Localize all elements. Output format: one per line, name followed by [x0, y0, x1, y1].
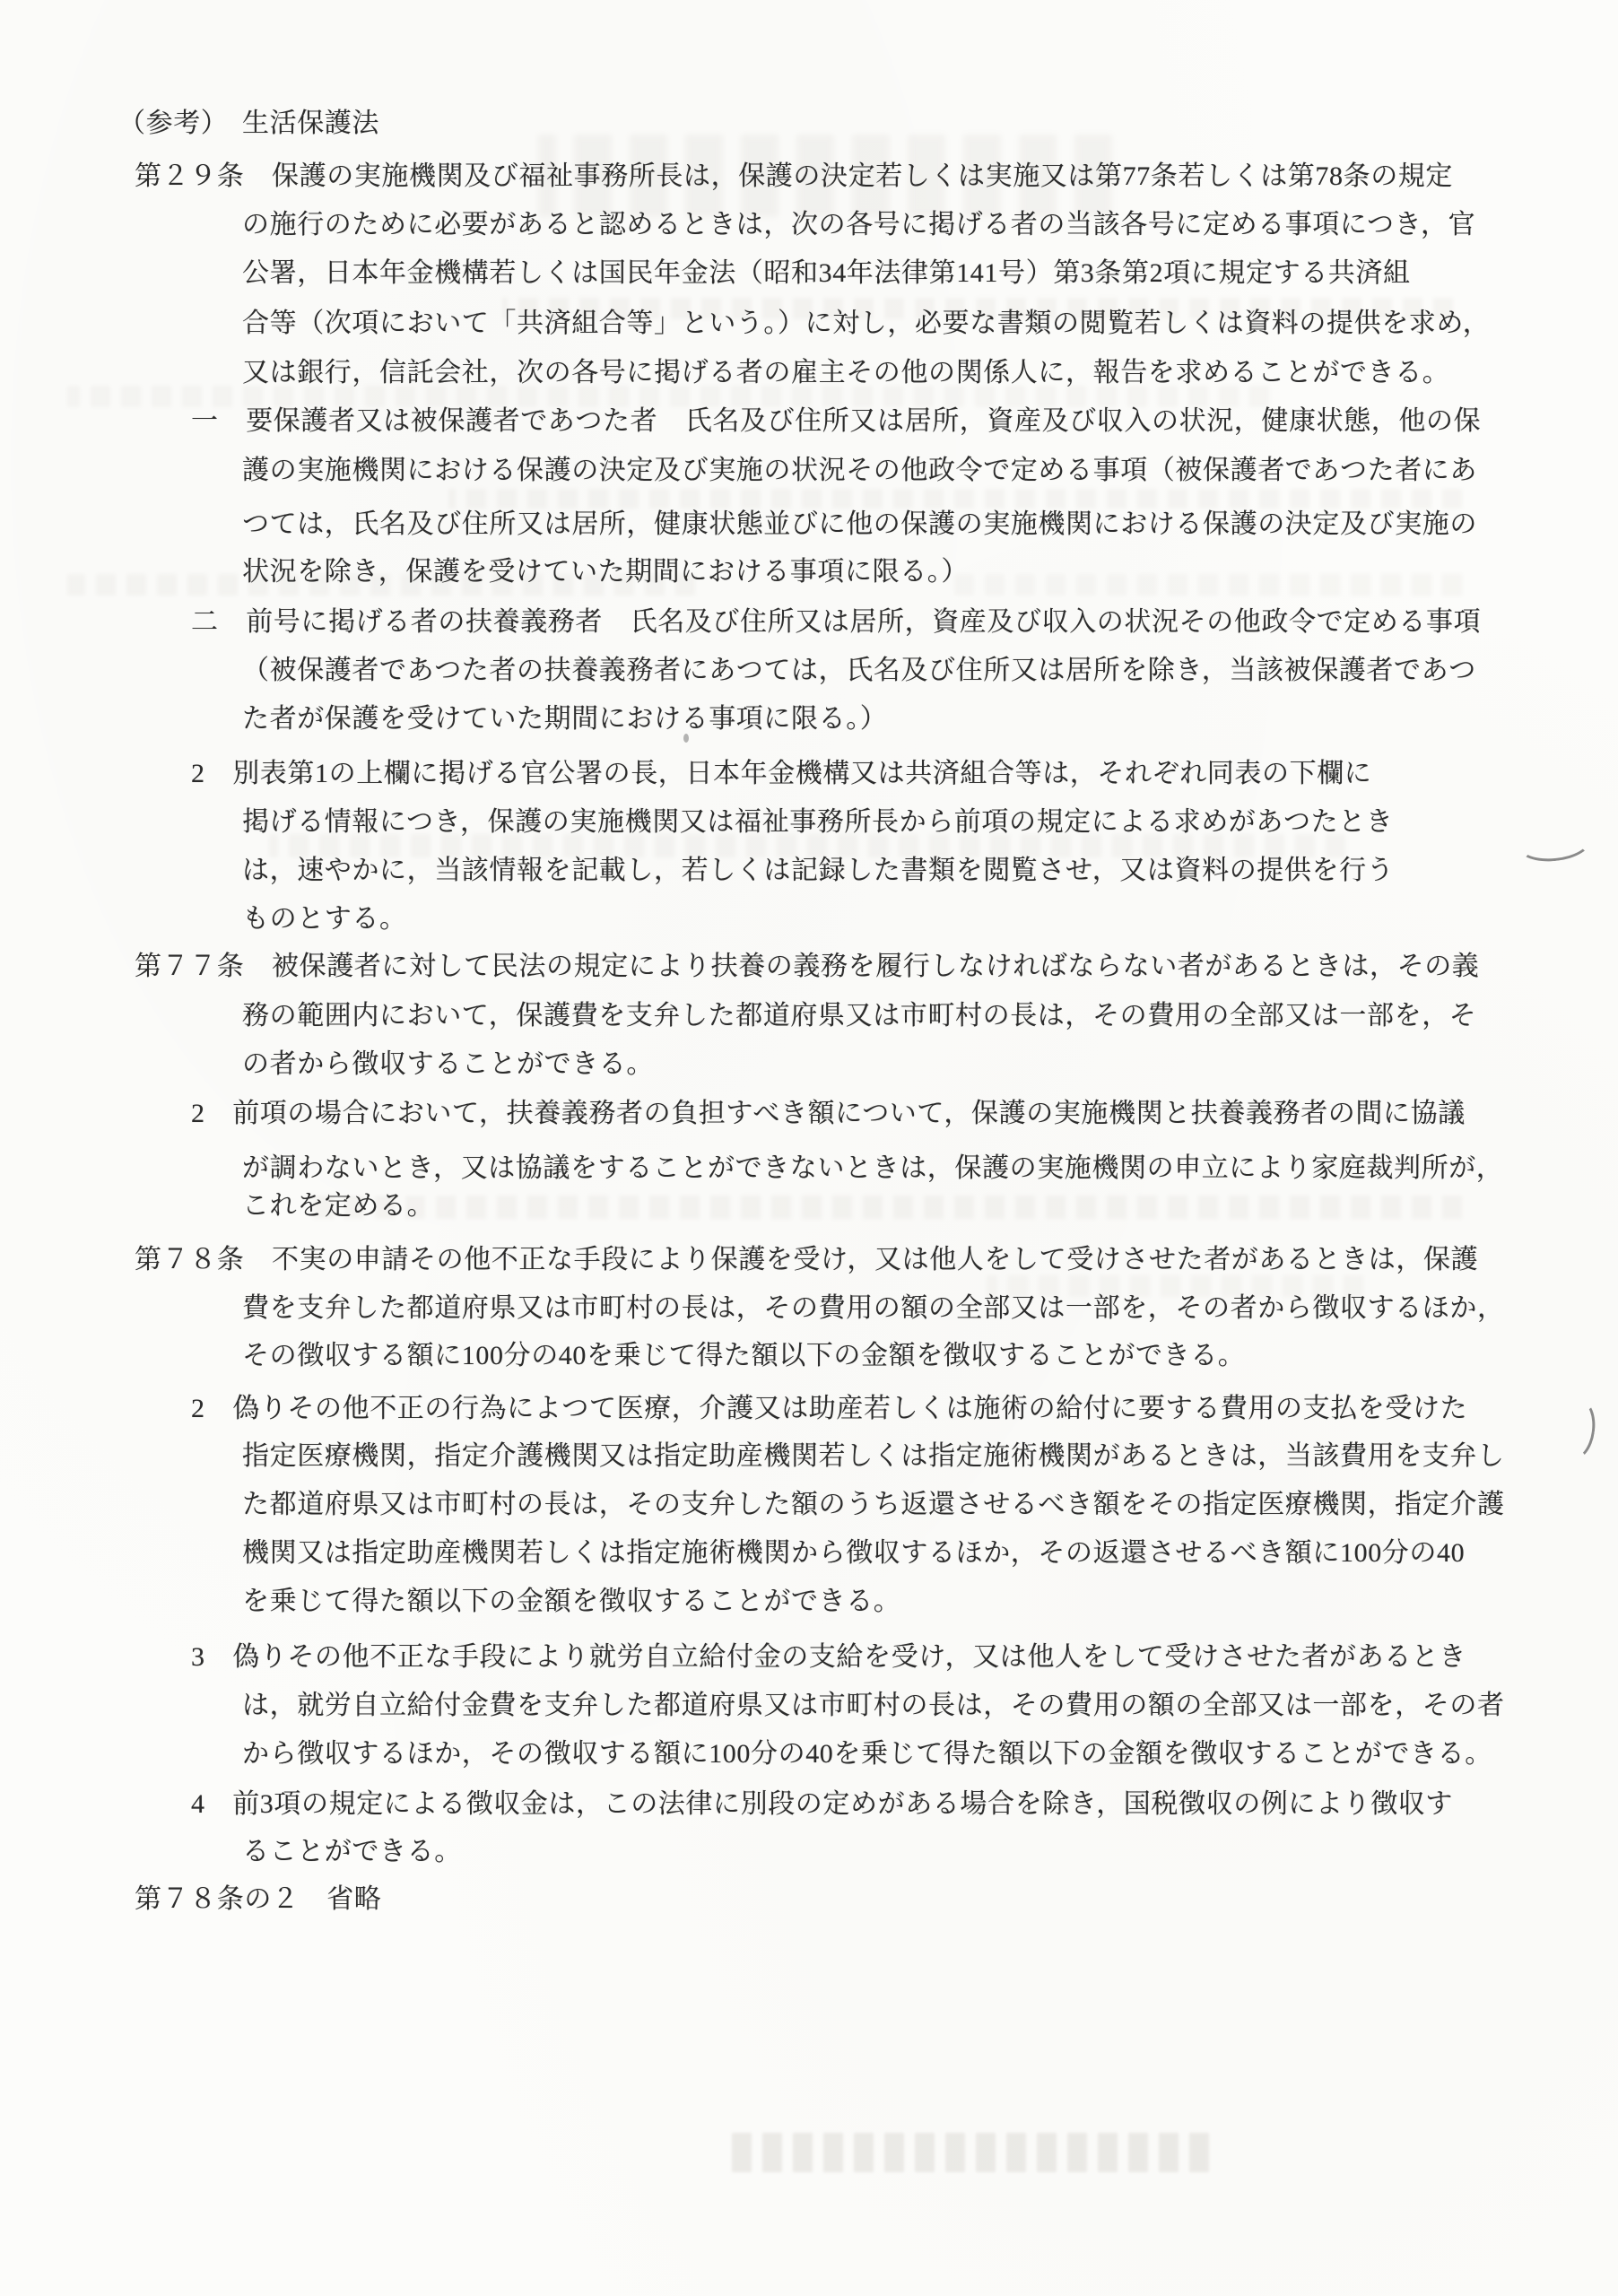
document-line: 2 別表第1の上欄に掲げる官公署の長，日本年金機構又は共済組合等は，それぞれ同表… [191, 756, 1371, 792]
document-line: 二 前号に掲げる者の扶養義務者 氏名及び住所又は居所，資産及び収入の状況その他政… [191, 604, 1481, 640]
document-line: 2 前項の場合において，扶養義務者の負担すべき額について，保護の実施機関と扶養義… [191, 1096, 1466, 1132]
document-line: （被保護者であつた者の扶養義務者にあつては，氏名及び住所又は居所を除き，当該被保… [242, 653, 1476, 689]
scan-mark [1554, 1397, 1598, 1463]
document-line: の施行のために必要があると認めるときは，次の各号に掲げる者の当該各号に定める事項… [242, 207, 1475, 243]
document-line: 第７８条 不実の申請その他不正な手段により保護を受け，又は他人をして受けさせた者… [135, 1242, 1478, 1278]
document-line: 2 偽りその他不正の行為によつて医療，介護又は助産若しくは施術の給付に要する費用… [191, 1391, 1467, 1427]
document-line: た都道府県又は市町村の長は，その支弁した額のうち返還させるべき額をその指定医療機… [242, 1487, 1505, 1523]
bleed-through-artifact [725, 2133, 1209, 2172]
document-line: これを定める。 [242, 1188, 434, 1224]
document-line: 状況を除き，保護を受けていた期間における事項に限る。） [242, 554, 969, 590]
document-line: 3 偽りその他不正な手段により就労自立給付金の支給を受け，又は他人をして受けさせ… [191, 1639, 1466, 1675]
document-line: （参考） 生活保護法 [118, 106, 379, 142]
document-line: は，速やかに，当該情報を記載し，若しくは記録した書類を閲覧させ，又は資料の提供を… [242, 853, 1394, 889]
document-line: た者が保護を受けていた期間における事項に限る。） [242, 701, 887, 737]
document-line: 4 前3項の規定による徴収金は，この法律に別段の定めがある場合を除き，国税徴収の… [191, 1787, 1453, 1822]
document-line: 公署，日本年金機構若しくは国民年金法（昭和34年法律第141号）第3条第2項に規… [242, 256, 1411, 291]
document-line: は，就労自立給付金費を支弁した都道府県又は市町村の長は，その費用の額の全部又は一… [242, 1688, 1505, 1724]
document-line: 機関又は指定助産機関若しくは指定施術機関から徴収するほか，その返還させるべき額に… [242, 1535, 1465, 1571]
document-line: 第２９条 保護の実施機関及び福祉事務所長は，保護の決定若しくは実施又は第77条若… [135, 159, 1453, 195]
document-line: 合等（次項において「共済組合等」という。）に対し，必要な書類の閲覧若しくは資料の… [242, 306, 1490, 342]
document-line: の者から徴収することができる。 [242, 1047, 654, 1083]
document-line: 護の実施機関における保護の決定及び実施の状況その他政令で定める事項（被保護者であ… [242, 453, 1477, 489]
document-line: 指定医療機関，指定介護機関又は指定助産機関若しくは指定施術機関があるときは，当該… [242, 1439, 1505, 1474]
bleed-through-artifact [448, 489, 1462, 509]
document-line: 第７７条 被保護者に対して民法の規定により扶養の義務を履行しなければならない者が… [135, 949, 1479, 985]
document-line: 費を支弁した都道府県又は市町村の長は，その費用の額の全部又は一部を，その者から徴… [242, 1291, 1505, 1326]
document-line: 又は銀行，信託会社，次の各号に掲げる者の雇主その他の関係人に，報告を求めることが… [242, 355, 1449, 391]
document-line: 一 要保護者又は被保護者であつた者 氏名及び住所又は居所，資産及び収入の状況，健… [191, 404, 1481, 439]
document-line: を乗じて得た額以下の金額を徴収することができる。 [242, 1584, 900, 1620]
scanned-document-page: （参考） 生活保護法 第２９条 保護の実施機関及び福祉事務所長は，保護の決定若し… [0, 0, 1618, 2296]
scan-mark [1516, 822, 1593, 865]
document-line: つては，氏名及び住所又は居所，健康状態並びに他の保護の実施機関における保護の決定… [242, 507, 1477, 543]
document-line: 第７８条の２ 省略 [135, 1882, 381, 1918]
bleed-through-artifact [951, 574, 1462, 596]
document-line: から徴収するほか，その徴収する額に100分の40を乗じて得た額以下の金額を徴収す… [242, 1736, 1492, 1772]
document-line: が調わないとき，又は協議をすることができないときは，保護の実施機関の申立により家… [242, 1151, 1503, 1187]
bleed-through-artifact [314, 1196, 1462, 1219]
document-line: ることができる。 [242, 1834, 462, 1870]
document-line: ものとする。 [242, 901, 407, 937]
document-line: 掲げる情報につき，保護の実施機関又は福祉事務所長から前項の規定による求めがあつた… [242, 804, 1393, 840]
document-line: その徴収する額に100分の40を乗じて得た額以下の金額を徴収することができる。 [242, 1338, 1245, 1374]
document-line: 務の範囲内において，保護費を支弁した都道府県又は市町村の長は，その費用の全部又は… [242, 998, 1476, 1034]
